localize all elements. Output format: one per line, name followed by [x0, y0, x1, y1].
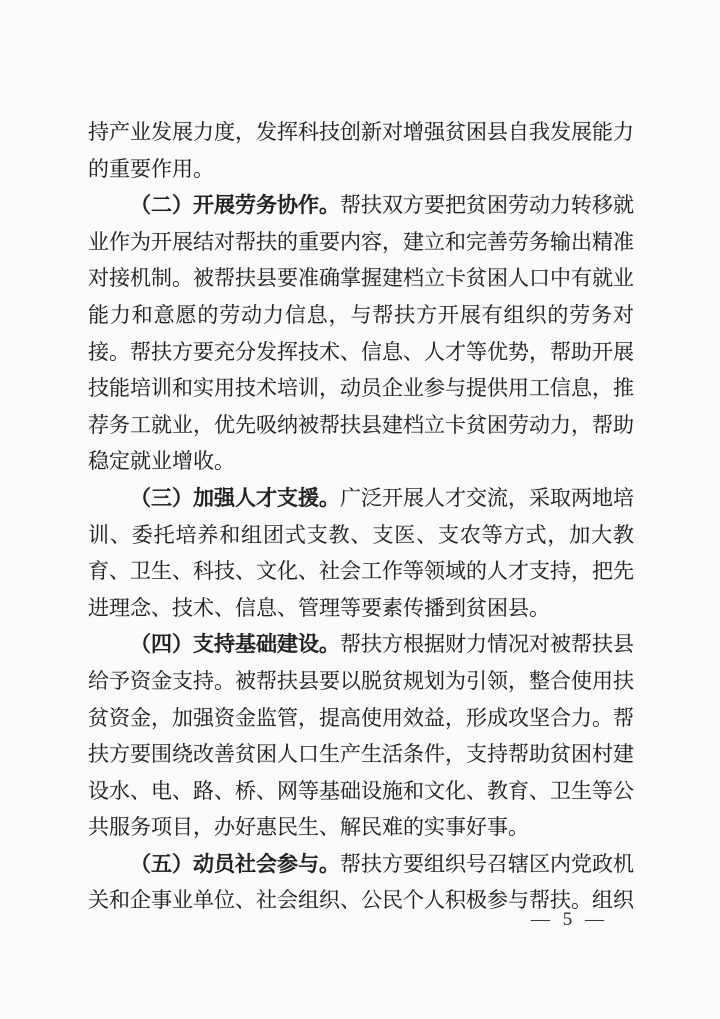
- page-number: — 5 —: [0, 906, 608, 934]
- text-line: 育、卫生、科技、文化、社会工作等领域的人才支持，把先: [88, 553, 634, 590]
- line-text: 能力和意愿的劳动力信息，与帮扶方开展有组织的劳务对: [88, 303, 634, 327]
- line-text: 训、委托培养和组团式支教、支医、支农等方式，加大教: [88, 523, 634, 547]
- text-line: 共服务项目，办好惠民生、解民难的实事好事。: [88, 809, 634, 846]
- document-page: 持产业发展力度，发挥科技创新对增强贫困县自我发展能力 的重要作用。 （二）开展劳…: [0, 0, 720, 1019]
- line-text: 荐务工就业，优先吸纳被帮扶县建档立卡贫困劳动力，帮助: [88, 413, 634, 437]
- text-line: 进理念、技术、信息、管理等要素传播到贫困县。: [88, 590, 634, 627]
- line-text: 对接机制。被帮扶县要准确掌握建档立卡贫困人口中有就业: [88, 266, 634, 290]
- text-line: 能力和意愿的劳动力信息，与帮扶方开展有组织的劳务对: [88, 297, 634, 334]
- section-heading: （三）加强人才支援。: [130, 486, 340, 510]
- line-text: 育、卫生、科技、文化、社会工作等领域的人才支持，把先: [88, 559, 634, 583]
- text-line: （二）开展劳务协作。帮扶双方要把贫困劳动力转移就: [88, 187, 634, 224]
- text-line: （三）加强人才支援。广泛开展人才交流，采取两地培: [88, 480, 634, 517]
- text-line: 接。帮扶方要充分发挥技术、信息、人才等优势，帮助开展: [88, 334, 634, 371]
- text-line: 扶方要围绕改善贫困人口生产生活条件，支持帮助贫困村建: [88, 736, 634, 773]
- text-line: 贫资金，加强资金监管，提高使用效益，形成攻坚合力。帮: [88, 700, 634, 737]
- text-line: 给予资金支持。被帮扶县要以脱贫规划为引领，整合使用扶: [88, 663, 634, 700]
- document-body: 持产业发展力度，发挥科技创新对增强贫困县自我发展能力 的重要作用。 （二）开展劳…: [88, 114, 634, 919]
- line-text: 设水、电、路、桥、网等基础设施和文化、教育、卫生等公: [88, 779, 634, 803]
- line-text: 进理念、技术、信息、管理等要素传播到贫困县。: [88, 596, 550, 620]
- text-line: 稳定就业增收。: [88, 443, 634, 480]
- line-text: 业作为开展结对帮扶的重要内容，建立和完善劳务输出精准: [88, 230, 634, 254]
- text-line: 业作为开展结对帮扶的重要内容，建立和完善劳务输出精准: [88, 224, 634, 261]
- text-line: 荐务工就业，优先吸纳被帮扶县建档立卡贫困劳动力，帮助: [88, 407, 634, 444]
- line-text: 帮扶双方要把贫困劳动力转移就: [340, 193, 634, 217]
- text-line: 设水、电、路、桥、网等基础设施和文化、教育、卫生等公: [88, 773, 634, 810]
- line-text: 帮扶方要组织号召辖区内党政机: [340, 852, 634, 876]
- text-line: （五）动员社会参与。帮扶方要组织号召辖区内党政机: [88, 846, 634, 883]
- section-heading: （二）开展劳务协作。: [130, 193, 340, 217]
- line-text: 给予资金支持。被帮扶县要以脱贫规划为引领，整合使用扶: [88, 669, 634, 693]
- line-text: 持产业发展力度，发挥科技创新对增强贫困县自我发展能力: [88, 120, 634, 144]
- line-text: 广泛开展人才交流，采取两地培: [340, 486, 634, 510]
- section-heading: （五）动员社会参与。: [130, 852, 340, 876]
- line-text: 的重要作用。: [88, 157, 214, 181]
- line-text: 帮扶方根据财力情况对被帮扶县: [340, 632, 634, 656]
- text-line: 持产业发展力度，发挥科技创新对增强贫困县自我发展能力: [88, 114, 634, 151]
- text-line: 的重要作用。: [88, 151, 634, 188]
- line-text: 共服务项目，办好惠民生、解民难的实事好事。: [88, 815, 529, 839]
- section-heading: （四）支持基础建设。: [130, 632, 340, 656]
- text-line: 技能培训和实用技术培训，动员企业参与提供用工信息，推: [88, 370, 634, 407]
- line-text: 技能培训和实用技术培训，动员企业参与提供用工信息，推: [88, 376, 634, 400]
- text-line: 训、委托培养和组团式支教、支医、支农等方式，加大教: [88, 517, 634, 554]
- text-line: （四）支持基础建设。帮扶方根据财力情况对被帮扶县: [88, 626, 634, 663]
- line-text: 扶方要围绕改善贫困人口生产生活条件，支持帮助贫困村建: [88, 742, 634, 766]
- line-text: 接。帮扶方要充分发挥技术、信息、人才等优势，帮助开展: [88, 340, 634, 364]
- line-text: 稳定就业增收。: [88, 449, 235, 473]
- text-line: 对接机制。被帮扶县要准确掌握建档立卡贫困人口中有就业: [88, 260, 634, 297]
- line-text: 贫资金，加强资金监管，提高使用效益，形成攻坚合力。帮: [88, 706, 634, 730]
